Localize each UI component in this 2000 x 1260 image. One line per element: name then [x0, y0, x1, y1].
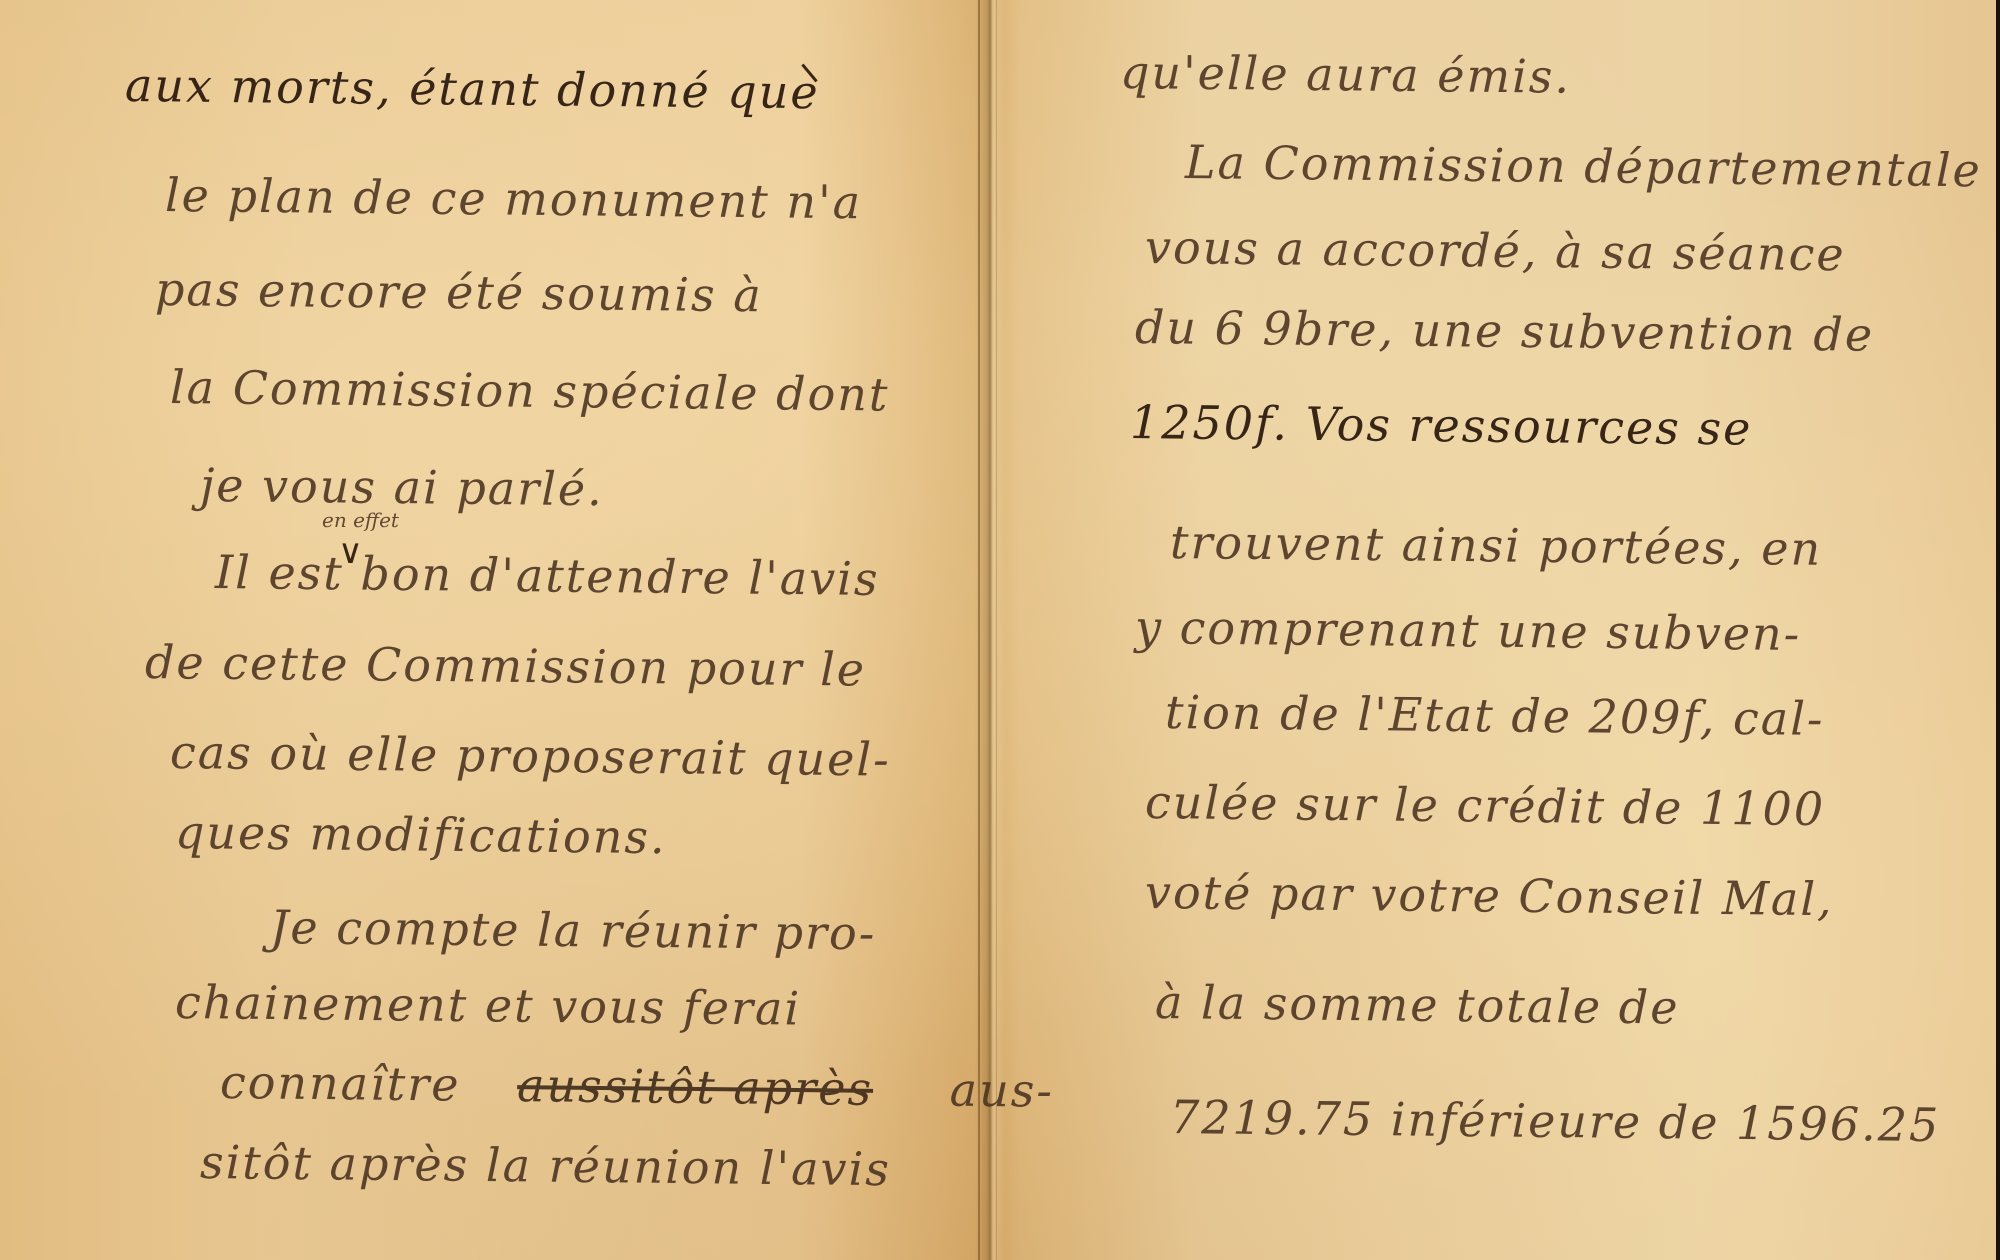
handwritten-line: pas encore été soumis à [155, 262, 763, 322]
handwritten-line: Je compte la réunir pro- [270, 900, 877, 960]
handwritten-line: 1250f. Vos ressources se [1130, 395, 1753, 456]
handwritten-line: La Commission départementale [1185, 135, 1982, 197]
handwritten-line: chainement et vous ferai [175, 975, 802, 1036]
letter-scan: aux morts, étant donné que le plan de ce… [0, 0, 2000, 1260]
handwritten-line: tion de l'Etat de 209f, cal- [1165, 685, 1825, 746]
right-page: qu'elle aura émis. La Commission départe… [1005, 0, 2000, 1260]
handwritten-line: sitôt après la réunion l'avis [200, 1135, 891, 1196]
handwritten-line: 7219.75 inférieure de 1596.25 [1170, 1090, 1941, 1152]
handwritten-line: aux morts, étant donné que [125, 58, 820, 119]
handwritten-line: Il est bon d'attendre l'avis [215, 545, 880, 606]
handwritten-line: voté par votre Conseil Mal, [1145, 865, 1834, 926]
handwritten-line: du 6 9bre, une subvention de [1135, 300, 1875, 362]
handwritten-line: connaître aussitôt après aus- [220, 1055, 1054, 1118]
handwritten-line: cas où elle proposerait quel- [170, 725, 891, 787]
left-page: aux morts, étant donné que le plan de ce… [0, 0, 975, 1260]
line-text: connaître [220, 1055, 461, 1112]
handwritten-line: y comprenant une subven- [1135, 600, 1802, 661]
handwritten-line: ques modifications. [175, 805, 667, 864]
handwritten-line: à la somme totale de [1155, 975, 1680, 1034]
handwritten-line: le plan de ce monument n'a [165, 168, 863, 229]
handwritten-line: je vous ai parlé. [200, 458, 604, 516]
handwritten-line: trouvent ainsi portées, en [1170, 515, 1823, 576]
handwritten-line: qu'elle aura émis. [1120, 45, 1572, 104]
handwritten-line: la Commission spéciale dont [170, 360, 890, 422]
handwritten-line: de cette Commission pour le [145, 635, 867, 697]
handwritten-line: vous a accordé, à sa séance [1145, 220, 1846, 281]
handwritten-line: culée sur le crédit de 1100 [1145, 775, 1826, 836]
interlinear-insertion: en effet [322, 508, 399, 532]
struck-out-text: aussitôt après [517, 1058, 873, 1116]
